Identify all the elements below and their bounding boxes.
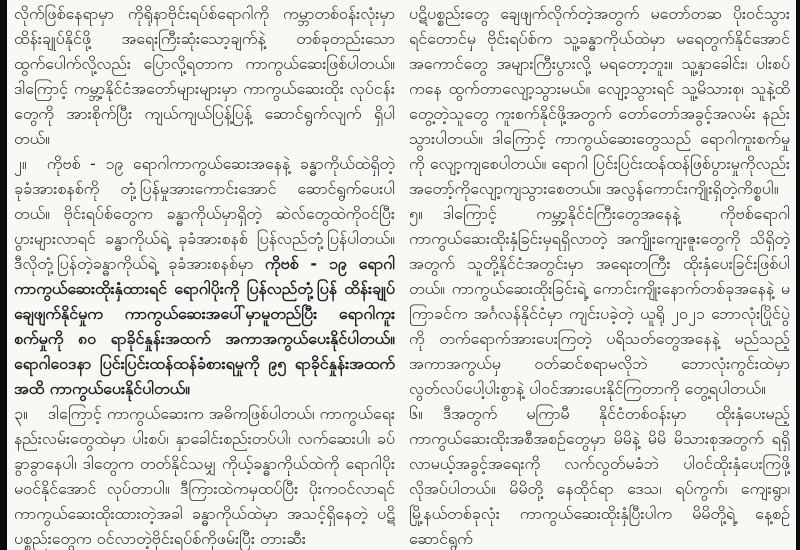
paragraph-2: ၂။ကိုဗစ် - ၁၉ ရောဂါကာကွယ်ဆေးအနေနဲ့ ခန္ဓာ… [14,151,395,401]
paragraph-5: ၅။ဒါကြောင့် ကမ္ဘာ့နိုင်ငံကြီးတွေအနေနဲ့ က… [409,201,790,401]
paragraph-4-continuation: ပဋိပစ္စည်းတွေ ချေဖျက်လိုက်တဲ့အတွက် မတော်… [409,1,790,201]
right-column: ပဋိပစ္စည်းတွေ ချေဖျက်လိုက်တဲ့အတွက် မတော်… [409,1,790,550]
paragraph-4-text: ပဋိပစ္စည်းတွေ ချေဖျက်လိုက်တဲ့အတွက် မတော်… [409,4,790,198]
paragraph-3: ၃။ဒါကြောင့် ကာကွယ်ဆေးက အဓိကဖြစ်ပါတယ်၊ ကာ… [14,401,395,550]
paragraph-3-number: ၃။ [14,401,28,426]
left-column: လိုက်ဖြစ်နေရာမှာ ကိုရိုနာဗိုင်းရပ်စ်ရောဂ… [14,1,395,550]
paragraph-6: ၆။ဒီအတွက် မကြာမီ နိုင်ငံတစ်ဝန်းမှာ ထိုးန… [409,401,790,550]
two-column-text-area: လိုက်ဖြစ်နေရာမှာ ကိုရိုနာဗိုင်းရပ်စ်ရောဂ… [7,0,796,550]
left-page-border [0,0,7,550]
paragraph-2-text-bold: ကိုဗစ် - ၁၉ ရောဂါ ကာကွယ်ဆေးထိုးနှံထားရင်… [14,254,395,398]
paragraph-2-number: ၂။ [14,151,27,176]
paragraph-3-text: ဒါကြောင့် ကာကွယ်ဆေးက အဓိကဖြစ်ပါတယ်၊ ကာကွ… [14,404,395,548]
paragraph-6-text: ဒီအတွက် မကြာမီ နိုင်ငံတစ်ဝန်းမှာ ထိုးနှံ… [409,404,790,548]
right-page-border [796,0,800,550]
paragraph-5-text: ဒါကြောင့် ကမ္ဘာ့နိုင်ငံကြီးတွေအနေနဲ့ ကို… [409,204,790,398]
paragraph-1-text: လိုက်ဖြစ်နေရာမှာ ကိုရိုနာဗိုင်းရပ်စ်ရောဂ… [14,4,395,148]
paragraph-6-number: ၆။ [409,401,423,426]
paragraph-1-continuation: လိုက်ဖြစ်နေရာမှာ ကိုရိုနာဗိုင်းရပ်စ်ရောဂ… [14,1,395,151]
document-page: လိုက်ဖြစ်နေရာမှာ ကိုရိုနာဗိုင်းရပ်စ်ရောဂ… [0,0,800,550]
paragraph-5-number: ၅။ [409,201,423,226]
